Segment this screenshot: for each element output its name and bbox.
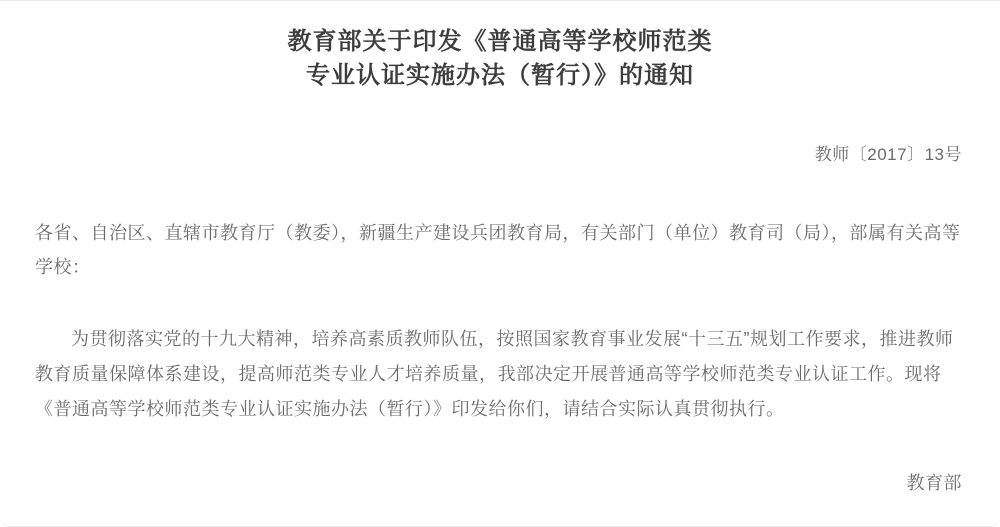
body-paragraph: 为贯彻落实党的十九大精神，培养高素质教师队伍，按照国家教育事业发展“十三五”规划… [35, 322, 965, 427]
salutation-line: 各省、自治区、直辖市教育厅（教委），新疆生产建设兵团教育局，有关部门（单位）教育… [35, 216, 965, 284]
document-title: 教育部关于印发《普通高等学校师范类 专业认证实施办法（暂行）》的通知 [0, 25, 1000, 93]
document-title-line2: 专业认证实施办法（暂行）》的通知 [0, 59, 1000, 93]
notice-document-page: 教育部关于印发《普通高等学校师范类 专业认证实施办法（暂行）》的通知 教师〔20… [0, 0, 1000, 527]
document-number: 教师〔2017〕13号 [0, 143, 1000, 167]
document-title-line1: 教育部关于印发《普通高等学校师范类 [0, 25, 1000, 59]
signature-issuer: 教育部 [0, 471, 1000, 496]
